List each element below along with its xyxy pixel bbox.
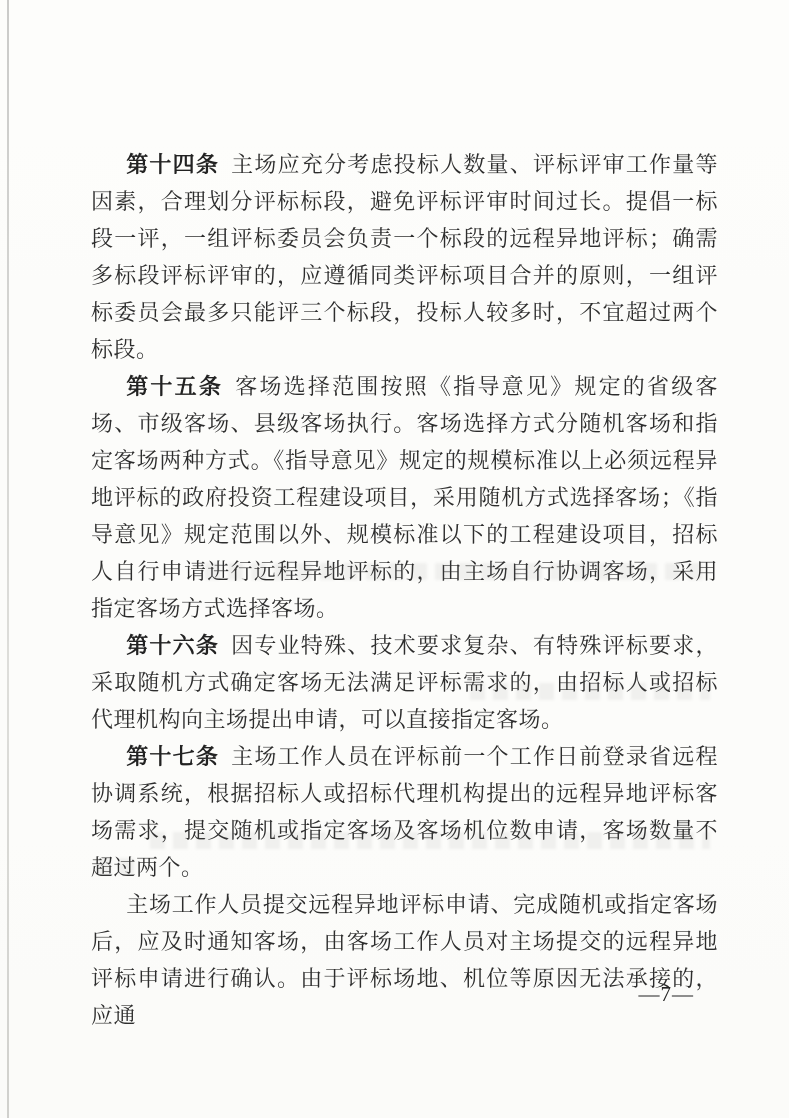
document-page: 第十四条主场应充分考虑投标人数量、评标评审工作量等因素，合理划分评标标段，避免评… — [0, 0, 789, 1118]
article-15-heading: 第十五条 — [126, 374, 223, 399]
document-body: 第十四条主场应充分考虑投标人数量、评标评审工作量等因素，合理划分评标标段，避免评… — [91, 146, 718, 1034]
article-15-text: 客场选择范围按照《指导意见》规定的省级客场、市级客场、县级客场执行。客场选择方式… — [91, 374, 718, 621]
page-number: —7— — [639, 982, 695, 1007]
paragraph-article-16: 第十六条因专业特殊、技术要求复杂、有特殊评标要求，采取随机方式确定客场无法满足评… — [91, 627, 718, 738]
paragraph-article-14: 第十四条主场应充分考虑投标人数量、评标评审工作量等因素，合理划分评标标段，避免评… — [91, 146, 718, 368]
paragraph-article-17-continued: 主场工作人员提交远程异地评标申请、完成随机或指定客场后，应及时通知客场，由客场工… — [91, 886, 718, 1034]
scan-edge-artifact — [7, 0, 9, 1118]
article-16-heading: 第十六条 — [126, 633, 219, 658]
article-14-text: 主场应充分考虑投标人数量、评标评审工作量等因素，合理划分评标标段，避免评标评审时… — [91, 152, 718, 362]
paragraph-article-15: 第十五条客场选择范围按照《指导意见》规定的省级客场、市级客场、县级客场执行。客场… — [91, 368, 718, 627]
article-17-continued-text: 主场工作人员提交远程异地评标申请、完成随机或指定客场后，应及时通知客场，由客场工… — [91, 892, 718, 1028]
paragraph-article-17: 第十七条主场工作人员在评标前一个工作日前登录省远程协调系统，根据招标人或招标代理… — [91, 738, 718, 886]
article-17-heading: 第十七条 — [126, 744, 219, 769]
article-14-heading: 第十四条 — [126, 152, 219, 177]
